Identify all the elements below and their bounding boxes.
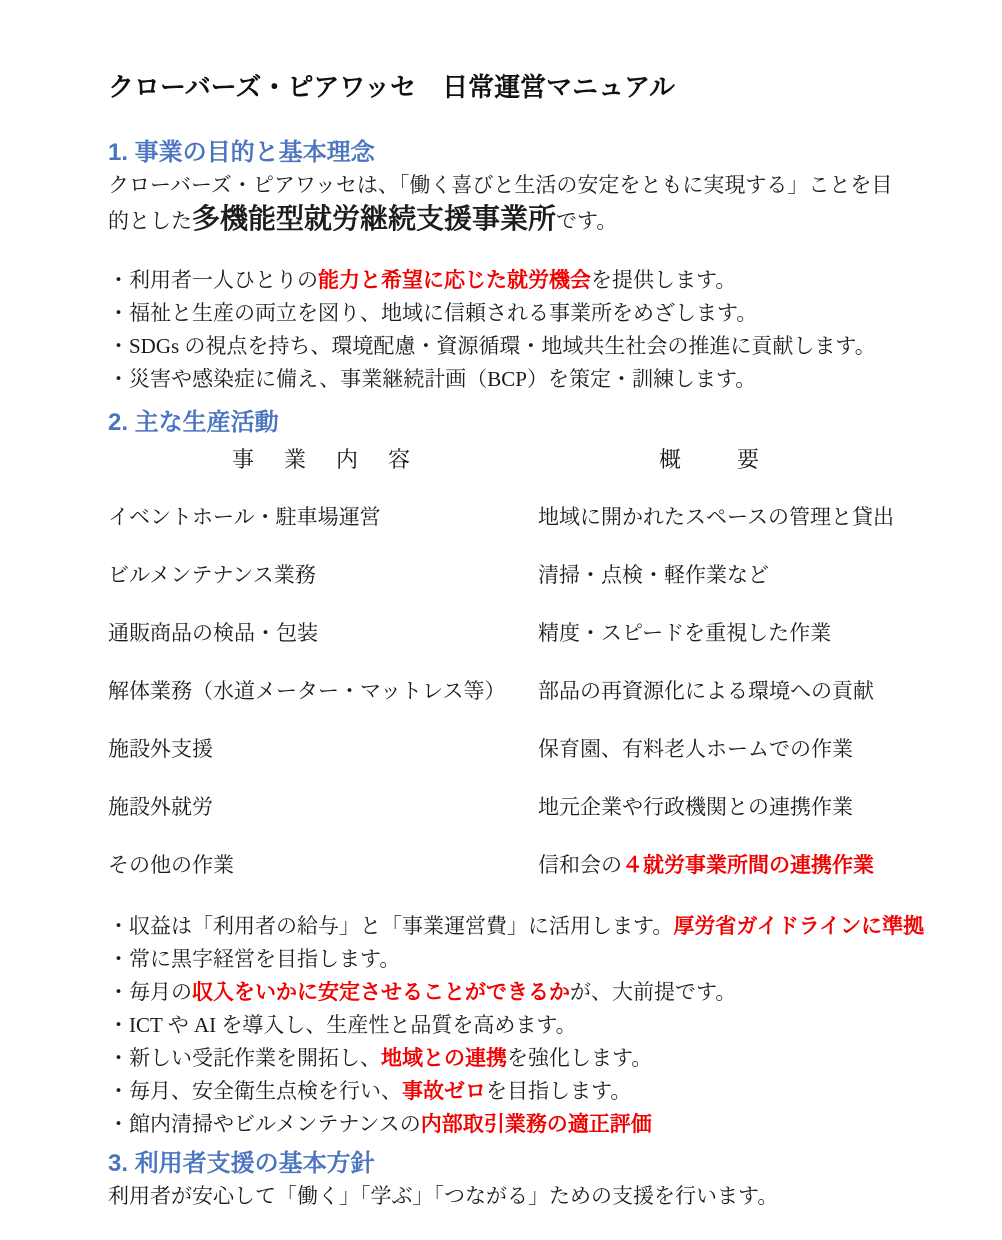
production-activities-table: 事 業 内 容 概 要 イベントホール・駐車場運営 地域に開かれたスペースの管理… [108,446,940,879]
summary-text: 地域に開かれたスペースの管理と貸出 [538,505,894,529]
document-page: クローバーズ・ピアワッセ 日常運営マニュアル 1. 事業の目的と基本理念 クロー… [0,0,1002,1240]
summary-text: 部品の再資源化による環境への貢献 [538,679,874,703]
bullet-item: ・福祉と生産の両立を図り、地域に信頼される事業所をめざします。 [108,297,940,330]
bullet-text: ・館内清掃やビルメンテナンスの [108,1112,421,1136]
table-header-row: 事 業 内 容 概 要 [108,446,940,474]
column-header-business: 事 業 内 容 [108,446,578,474]
section1-intro-line1: クローバーズ・ピアワッセは、「働く喜びと生活の安定をともに実現する」ことを目 [108,168,940,202]
bullet-text: ・利用者一人ひとりの [108,268,318,292]
bullet-emphasis: 事故ゼロ [402,1080,486,1103]
intro-line2-post: です。 [556,209,617,233]
business-summary: 地元企業や行政機関との連携作業 [538,794,940,821]
summary-text: 地元企業や行政機関との連携作業 [538,795,853,819]
summary-text: 信和会の [538,853,622,877]
bullet-text: ・毎月、安全衛生点検を行い、 [108,1079,402,1103]
bullet-text: ・ICT や AI を導入し、生産性と品質を高めます。 [108,1013,577,1037]
table-row: 施設外支援 保育園、有料老人ホームでの作業 [108,736,940,763]
business-summary: 信和会の４就労事業所間の連携作業 [538,852,940,879]
bullet-item: ・毎月、安全衛生点検を行い、事故ゼロを目指します。 [108,1075,940,1108]
bullet-emphasis: 内部取引業務の適正評価 [421,1113,652,1136]
business-summary: 保育園、有料老人ホームでの作業 [538,736,940,763]
bullet-emphasis: 地域との連携 [381,1047,507,1070]
business-summary: 部品の再資源化による環境への貢献 [538,678,940,705]
bullet-text: を強化します。 [507,1046,652,1070]
bullet-item: ・常に黒字経営を目指します。 [108,943,940,976]
business-name: 通販商品の検品・包装 [108,620,538,647]
section3-heading: 3. 利用者支援の基本方針 [108,1149,940,1179]
business-summary: 地域に開かれたスペースの管理と貸出 [538,504,940,531]
column-header-summary: 概 要 [578,446,940,474]
bullet-text: が、大前提です。 [570,980,736,1004]
business-summary: 精度・スピードを重視した作業 [538,620,940,647]
summary-text: 保育園、有料老人ホームでの作業 [538,737,853,761]
business-name: イベントホール・駐車場運営 [108,504,538,531]
intro-line2-pre: 的とした [108,209,192,233]
table-row: 解体業務（水道メーター・マットレス等） 部品の再資源化による環境への貢献 [108,678,940,705]
bullet-text: ・福祉と生産の両立を図り、地域に信頼される事業所をめざします。 [108,301,757,325]
bullet-item: ・新しい受託作業を開拓し、地域との連携を強化します。 [108,1042,940,1075]
table-row: その他の作業 信和会の４就労事業所間の連携作業 [108,852,940,879]
bullet-emphasis: 能力と希望に応じた就労機会 [318,269,591,292]
business-name: ビルメンテナンス業務 [108,562,538,589]
section1-bullet-list: ・利用者一人ひとりの能力と希望に応じた就労機会を提供します。 ・福祉と生産の両立… [108,264,940,396]
business-name: その他の作業 [108,852,538,879]
bullet-text: ・SDGs の視点を持ち、環境配慮・資源循環・地域共生社会の推進に貢献します。 [108,334,876,358]
bullet-emphasis: 厚労省ガイドラインに準拠 [673,915,924,938]
bullet-item: ・SDGs の視点を持ち、環境配慮・資源循環・地域共生社会の推進に貢献します。 [108,330,940,363]
summary-text: 精度・スピードを重視した作業 [538,621,831,645]
bullet-item: ・利用者一人ひとりの能力と希望に応じた就労機会を提供します。 [108,264,940,297]
bullet-text: を目指します。 [486,1079,631,1103]
business-name: 施設外就労 [108,794,538,821]
bullet-text: ・収益は「利用者の給与」と「事業運営費」に活用します。 [108,914,673,938]
summary-emphasis: ４就労事業所間の連携作業 [622,854,874,877]
bullet-item: ・毎月の収入をいかに安定させることができるかが、大前提です。 [108,976,940,1009]
section1-heading: 1. 事業の目的と基本理念 [108,138,940,168]
business-name: 解体業務（水道メーター・マットレス等） [108,678,538,705]
bullet-text: を提供します。 [591,268,736,292]
bullet-text: ・災害や感染症に備え、事業継続計画（BCP）を策定・訓練します。 [108,367,756,391]
section2-bullet-list: ・収益は「利用者の給与」と「事業運営費」に活用します。厚労省ガイドラインに準拠 … [108,910,940,1141]
table-row: 施設外就労 地元企業や行政機関との連携作業 [108,794,940,821]
section1-intro-line2: 的とした多機能型就労継続支援事業所です。 [108,202,940,238]
table-row: イベントホール・駐車場運営 地域に開かれたスペースの管理と貸出 [108,504,940,531]
business-name: 施設外支援 [108,736,538,763]
summary-text: 清掃・点検・軽作業など [538,563,769,587]
section3-body: 利用者が安心して「働く」「学ぶ」「つながる」ための支援を行います。 [108,1179,940,1213]
table-row: 通販商品の検品・包装 精度・スピードを重視した作業 [108,620,940,647]
intro-line2-bold-term: 多機能型就労継続支援事業所 [192,203,556,234]
bullet-item: ・収益は「利用者の給与」と「事業運営費」に活用します。厚労省ガイドラインに準拠 [108,910,940,943]
bullet-item: ・ICT や AI を導入し、生産性と品質を高めます。 [108,1009,940,1042]
bullet-text: ・毎月の [108,980,192,1004]
bullet-text: ・常に黒字経営を目指します。 [108,947,400,971]
bullet-item: ・災害や感染症に備え、事業継続計画（BCP）を策定・訓練します。 [108,363,940,396]
bullet-item: ・館内清掃やビルメンテナンスの内部取引業務の適正評価 [108,1108,940,1141]
bullet-text: ・新しい受託作業を開拓し、 [108,1046,381,1070]
section2-heading: 2. 主な生産活動 [108,408,940,438]
bullet-emphasis: 収入をいかに安定させることができるか [192,981,570,1004]
table-row: ビルメンテナンス業務 清掃・点検・軽作業など [108,562,940,589]
table-body: イベントホール・駐車場運営 地域に開かれたスペースの管理と貸出 ビルメンテナンス… [108,504,940,879]
document-title: クローバーズ・ピアワッセ 日常運営マニュアル [108,72,940,102]
business-summary: 清掃・点検・軽作業など [538,562,940,589]
